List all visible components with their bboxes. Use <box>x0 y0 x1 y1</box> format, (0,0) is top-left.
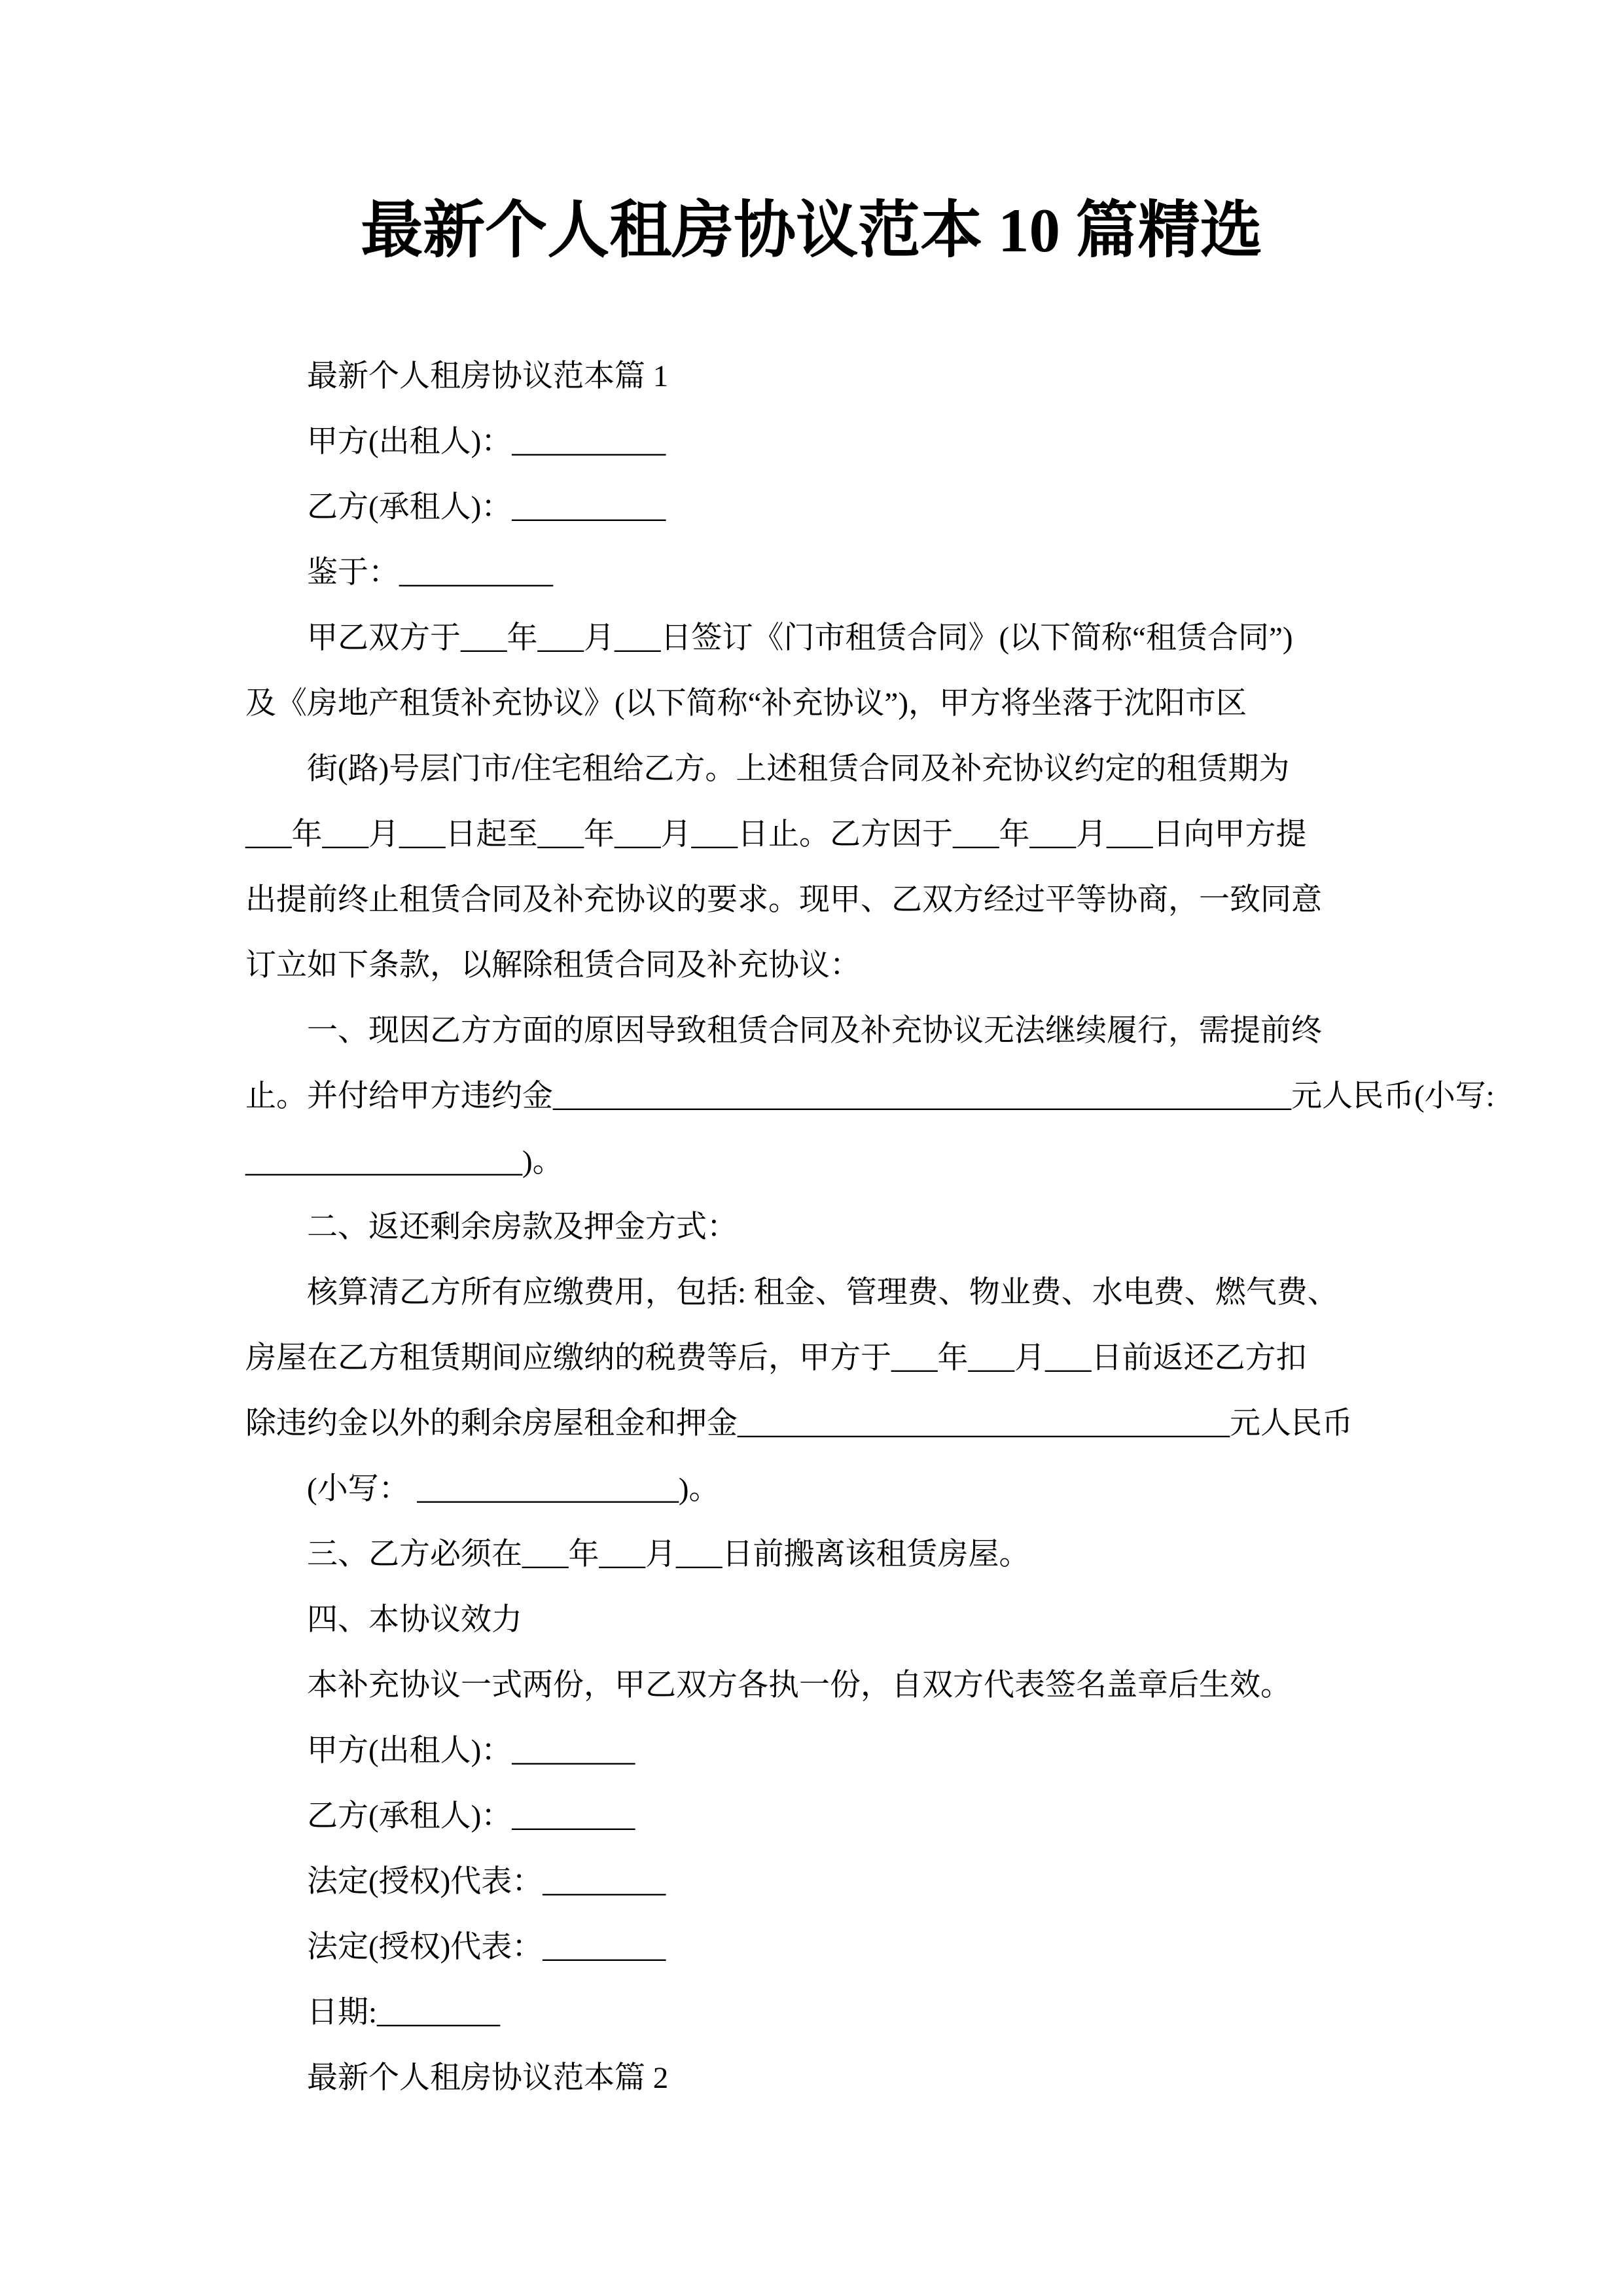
document-line: 甲乙双方于___年___月___日签订《门市租赁合同》(以下简称“租赁合同”) <box>245 605 1531 671</box>
document-line: 除违约金以外的剩余房屋租金和押金________________________… <box>245 1391 1531 1456</box>
document-line: 法定(授权)代表：________ <box>245 1914 1531 1980</box>
page: 最新个人租房协议范本 10 篇精选 最新个人租房协议范本篇 1甲方(出租人)：_… <box>0 0 1623 2296</box>
document-line: 甲方(出租人)：________ <box>245 1718 1531 1784</box>
document-line: 最新个人租房协议范本篇 1 <box>245 344 1531 409</box>
document-line: 鉴于：__________ <box>245 540 1531 605</box>
document-line: 四、本协议效力 <box>245 1587 1531 1653</box>
document-line: 日期:________ <box>245 1980 1531 2045</box>
document-line: 甲方(出租人)：__________ <box>245 409 1531 475</box>
document-body: 最新个人租房协议范本篇 1甲方(出租人)：__________乙方(承租人)：_… <box>245 344 1531 2111</box>
document-line: 出提前终止租赁合同及补充协议的要求。现甲、乙双方经过平等协商，一致同意 <box>245 867 1531 933</box>
document-line: 法定(授权)代表：________ <box>245 1849 1531 1914</box>
document-line: 乙方(承租人)：________ <box>245 1784 1531 1849</box>
document-line: 乙方(承租人)：__________ <box>245 475 1531 540</box>
document-line: 订立如下条款，以解除租赁合同及补充协议： <box>245 933 1531 998</box>
document-line: __________________)。 <box>245 1129 1531 1194</box>
document-line: 本补充协议一式两份，甲乙双方各执一份，自双方代表签名盖章后生效。 <box>245 1653 1531 1718</box>
document-line: 核算清乙方所有应缴费用，包括: 租金、管理费、物业费、水电费、燃气费、 <box>245 1260 1531 1325</box>
document-line: 房屋在乙方租赁期间应缴纳的税费等后，甲方于___年___月___日前返还乙方扣 <box>245 1325 1531 1391</box>
document-line: 及《房地产租赁补充协议》(以下简称“补充协议”)，甲方将坐落于沈阳市区 <box>245 671 1531 736</box>
document-line: 街(路)号层门市/住宅租给乙方。上述租赁合同及补充协议约定的租赁期为 <box>245 736 1531 802</box>
document-line: (小写： _________________)。 <box>245 1456 1531 1522</box>
document-title: 最新个人租房协议范本 10 篇精选 <box>0 0 1623 265</box>
document-line: 一、现因乙方方面的原因导致租赁合同及补充协议无法继续履行，需提前终 <box>245 998 1531 1064</box>
document-line: 最新个人租房协议范本篇 2 <box>245 2045 1531 2111</box>
document-line: 止。并付给甲方违约金______________________________… <box>245 1064 1531 1129</box>
document-line: ___年___月___日起至___年___月___日止。乙方因于___年___月… <box>245 802 1531 867</box>
document-line: 三、乙方必须在___年___月___日前搬离该租赁房屋。 <box>245 1522 1531 1587</box>
document-line: 二、返还剩余房款及押金方式： <box>245 1194 1531 1260</box>
